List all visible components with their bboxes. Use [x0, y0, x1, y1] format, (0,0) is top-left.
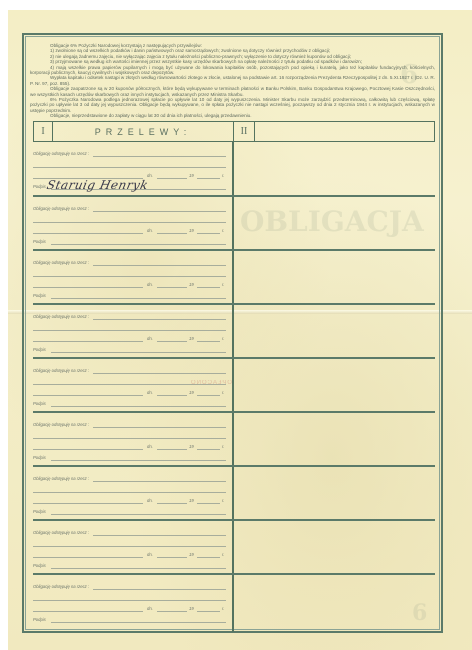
- coupons-paragraph: Obligacje zaopatrzone są w 20 kuponów pó…: [30, 86, 435, 97]
- date-label: dn.: [147, 606, 153, 612]
- assign-label: Obligację odstępuję na rzecz :: [33, 368, 89, 374]
- signature-line[interactable]: Podpis: [33, 239, 226, 245]
- transfer-block: Obligację odstępuję na rzecz : dn. 19 r.…: [33, 305, 435, 359]
- assign-label: Obligację odstępuję na rzecz :: [33, 206, 89, 212]
- year-label: 19: [189, 444, 194, 450]
- transfer-block: Obligację odstępuję na rzecz : dn. 19 r.…: [33, 359, 435, 413]
- signature-line[interactable]: Podpis: [33, 617, 226, 623]
- assignee-line[interactable]: [33, 595, 226, 601]
- assignee-line[interactable]: [33, 325, 226, 331]
- signature-line[interactable]: Podpis: [33, 401, 226, 407]
- year-suffix: r.: [222, 336, 224, 342]
- year-label: 19: [189, 173, 194, 179]
- date-label: dn.: [147, 390, 153, 396]
- assign-label: Obligację odstępuję na rzecz :: [33, 314, 89, 320]
- signature-label: Podpis: [33, 239, 46, 245]
- date-line[interactable]: dn. 19 r.: [33, 228, 226, 234]
- assignee-line[interactable]: [33, 271, 226, 277]
- transfer-block: Obligację odstępuję na rzecz : dn. 19 r.…: [33, 251, 435, 305]
- transfer-block: Obligację odstępuję na rzecz : dn. 19 r.…: [33, 413, 435, 467]
- date-label: dn.: [147, 444, 153, 450]
- transfer-block: Obligację odstępuję na rzecz : dn. 19 r.…: [33, 575, 435, 632]
- signature-label: Podpis: [33, 509, 46, 515]
- year-suffix: r.: [222, 282, 224, 288]
- year-suffix: r.: [222, 606, 224, 612]
- year-label: 19: [189, 498, 194, 504]
- date-line[interactable]: dn. 19 r.: [33, 390, 226, 396]
- assign-line[interactable]: Obligację odstępuję na rzecz :: [33, 422, 226, 428]
- date-line[interactable]: dn. 19 r.: [33, 444, 226, 450]
- assign-label: Obligację odstępuję na rzecz :: [33, 530, 89, 536]
- signature-line[interactable]: Podpis: [33, 347, 226, 353]
- assign-line[interactable]: Obligację odstępuję na rzecz :: [33, 368, 226, 374]
- signature-line[interactable]: Podpis: [33, 509, 226, 515]
- date-label: dn.: [147, 552, 153, 558]
- date-line[interactable]: dn. 19 r.: [33, 282, 226, 288]
- column-2-number: II: [234, 122, 255, 141]
- signature-label: Podpis: [33, 455, 46, 461]
- assign-line[interactable]: Obligację odstępuję na rzecz :: [33, 584, 226, 590]
- column-1-number: I: [34, 122, 53, 141]
- assign-label: Obligację odstępuję na rzecz :: [33, 260, 89, 266]
- privilege-4: 4) mają wszelkie prawa papierów pupilarn…: [30, 65, 435, 76]
- date-label: dn.: [147, 498, 153, 504]
- year-suffix: r.: [222, 173, 224, 179]
- assign-label: Obligację odstępuję na rzecz :: [33, 151, 89, 157]
- signature-line[interactable]: Podpis: [33, 563, 226, 569]
- assign-label: Obligację odstępuję na rzecz :: [33, 476, 89, 482]
- assignee-line[interactable]: [33, 487, 226, 493]
- privileges-text: Obligacje 6% Pożyczki Narodowej korzysta…: [30, 43, 435, 119]
- year-suffix: r.: [222, 390, 224, 396]
- signature-label: Podpis: [33, 401, 46, 407]
- transfer-block: Obligację odstępuję na rzecz : dn. 19 r.…: [33, 467, 435, 521]
- assignee-line[interactable]: [33, 217, 226, 223]
- signature-label: Podpis: [33, 347, 46, 353]
- signature-label: Podpis: [33, 617, 46, 623]
- signature-line[interactable]: Podpis: [33, 455, 226, 461]
- assign-line[interactable]: Obligację odstępuję na rzecz :: [33, 260, 226, 266]
- assignee-line[interactable]: [33, 433, 226, 439]
- assign-line[interactable]: Obligację odstępuję na rzecz :: [33, 206, 226, 212]
- assign-line[interactable]: Obligację odstępuję na rzecz :: [33, 314, 226, 320]
- prescription-paragraph: Obligacje, nieprzedstawione do zapłaty w…: [30, 113, 435, 118]
- assignee-line[interactable]: [33, 541, 226, 547]
- transfer-block: Obligację odstępuję na rzecz : dn. 19 r.…: [33, 142, 435, 197]
- year-suffix: r.: [222, 552, 224, 558]
- date-line[interactable]: dn. 19 r.: [33, 336, 226, 342]
- assign-label: Obligację odstępuję na rzecz :: [33, 422, 89, 428]
- transfers-title: PRZELEWY:: [53, 122, 234, 141]
- year-label: 19: [189, 336, 194, 342]
- date-label: dn.: [147, 336, 153, 342]
- year-suffix: r.: [222, 228, 224, 234]
- signature-label: Podpis: [33, 563, 46, 569]
- assign-line[interactable]: Obligację odstępuję na rzecz :: [33, 151, 226, 157]
- assignee-line[interactable]: [33, 162, 226, 168]
- year-suffix: r.: [222, 498, 224, 504]
- signature-label: Podpis: [33, 184, 46, 190]
- repayment-paragraph: 6% Pożyczka Narodowa podlega jednorazowe…: [30, 97, 435, 113]
- signature-line[interactable]: Podpis: [33, 293, 226, 299]
- assign-label: Obligację odstępuję na rzecz :: [33, 584, 89, 590]
- date-line[interactable]: dn. 19 r.: [33, 606, 226, 612]
- transfer-block: Obligację odstępuję na rzecz : dn. 19 r.…: [33, 197, 435, 251]
- handwritten-signature: Staruig Henryk: [46, 182, 148, 188]
- assignee-line[interactable]: [33, 379, 226, 385]
- column-2-header-blank: [255, 122, 434, 141]
- date-line[interactable]: dn. 19 r.: [33, 552, 226, 558]
- transfer-block: Obligację odstępuję na rzecz : dn. 19 r.…: [33, 521, 435, 575]
- year-label: 19: [189, 606, 194, 612]
- date-label: dn.: [147, 282, 153, 288]
- payout-paragraph: Wypłata kapitału i odsetek nastąpi w zło…: [30, 75, 435, 86]
- assign-line[interactable]: Obligację odstępuję na rzecz :: [33, 476, 226, 482]
- assign-line[interactable]: Obligację odstępuję na rzecz :: [33, 530, 226, 536]
- year-suffix: r.: [222, 444, 224, 450]
- date-line[interactable]: dn. 19 r.: [33, 498, 226, 504]
- year-label: 19: [189, 282, 194, 288]
- date-label: dn.: [147, 228, 153, 234]
- year-label: 19: [189, 390, 194, 396]
- signature-line[interactable]: Podpis Staruig Henryk: [33, 184, 226, 190]
- signature-label: Podpis: [33, 293, 46, 299]
- year-label: 19: [189, 228, 194, 234]
- year-label: 19: [189, 552, 194, 558]
- transfers-header: I PRZELEWY: II: [33, 121, 435, 142]
